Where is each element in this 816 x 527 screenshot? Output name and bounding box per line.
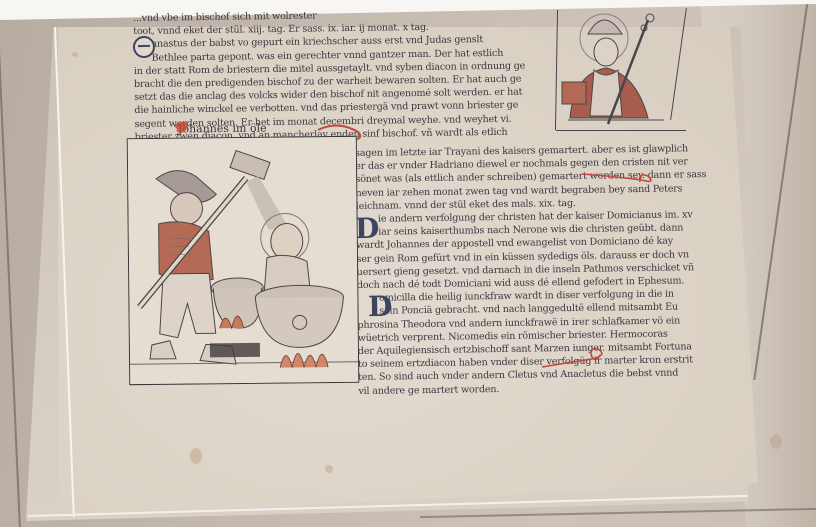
initial-letter-d: D bbox=[355, 212, 380, 245]
column-rule bbox=[556, 130, 686, 131]
foxing-stain bbox=[190, 448, 202, 464]
woodcut-illustration-icon bbox=[128, 137, 359, 384]
red-flourish-icon bbox=[540, 345, 620, 375]
initial-letter-d: D bbox=[368, 290, 393, 323]
foxing-stain bbox=[325, 465, 333, 473]
woodcut-john-in-cauldron bbox=[127, 136, 360, 385]
foxing-stain bbox=[770, 435, 782, 449]
red-flourish-icon bbox=[580, 168, 670, 190]
woodcut-bishop-portrait bbox=[556, 6, 674, 126]
foxing-stain bbox=[72, 52, 78, 57]
photo-scene: ...vnd vbe im bischof sich mit wolrester… bbox=[0, 0, 816, 527]
bishop-illustration-icon bbox=[556, 6, 674, 126]
